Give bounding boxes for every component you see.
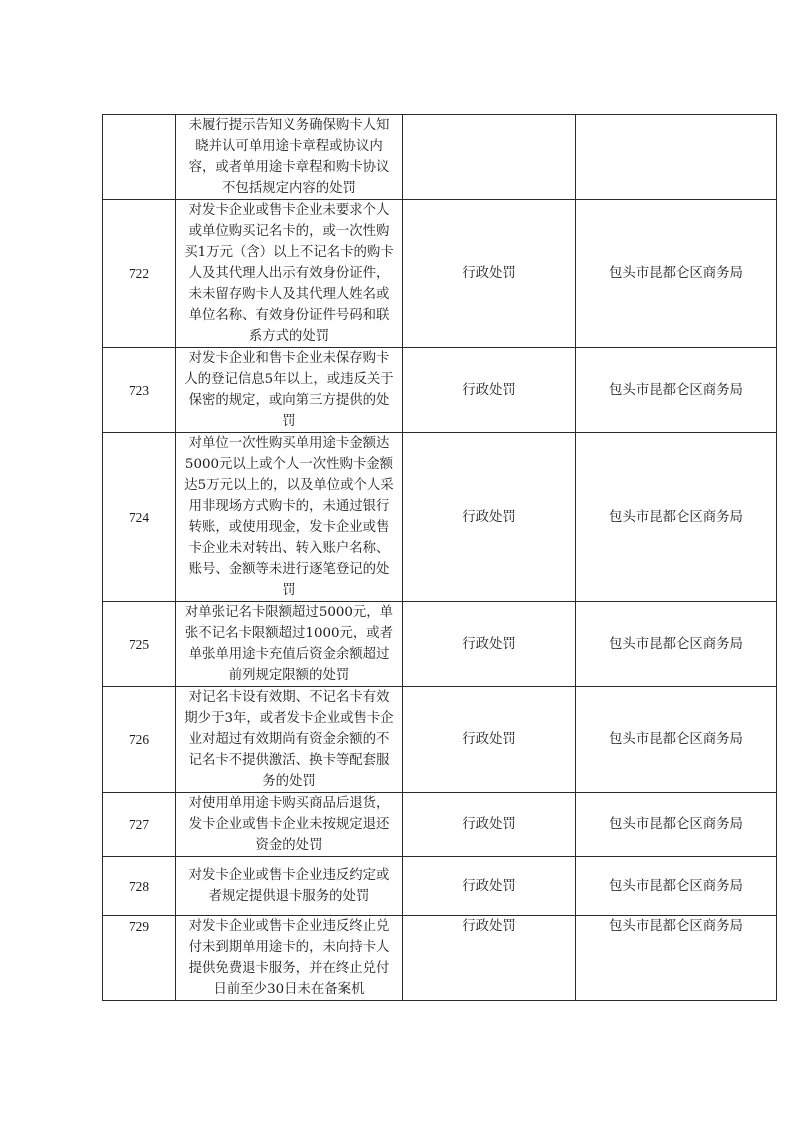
item-department: 包头市昆都仑区商务局	[576, 602, 777, 687]
item-description: 对发卡企业和售卡企业未保存购卡人的登记信息5年以上，或违反关于保密的规定，或向第…	[176, 348, 403, 433]
item-department: 包头市昆都仑区商务局	[576, 916, 777, 1001]
item-type: 行政处罚	[403, 857, 576, 916]
table-row: 未履行提示告知义务确保购卡人知晓并认可单用途卡章程或协议内容，或者单用途卡章程和…	[103, 115, 777, 200]
item-type: 行政处罚	[403, 348, 576, 433]
item-number: 726	[103, 687, 176, 793]
table-row: 723 对发卡企业和售卡企业未保存购卡人的登记信息5年以上，或违反关于保密的规定…	[103, 348, 777, 433]
item-description: 对发卡企业或售卡企业违反终止兑付未到期单用途卡的，未向持卡人提供免费退卡服务，并…	[176, 916, 403, 1001]
table-row: 725 对单张记名卡限额超过5000元，单张不记名卡限额超过1000元，或者单张…	[103, 602, 777, 687]
item-number: 724	[103, 433, 176, 602]
table-row: 729 对发卡企业或售卡企业违反终止兑付未到期单用途卡的，未向持卡人提供免费退卡…	[103, 916, 777, 1001]
item-description: 对发卡企业或售卡企业违反约定或者规定提供退卡服务的处罚	[176, 857, 403, 916]
item-department: 包头市昆都仑区商务局	[576, 433, 777, 602]
penalty-items-table: 未履行提示告知义务确保购卡人知晓并认可单用途卡章程或协议内容，或者单用途卡章程和…	[102, 114, 777, 1001]
item-department: 包头市昆都仑区商务局	[576, 348, 777, 433]
item-number: 723	[103, 348, 176, 433]
item-type: 行政处罚	[403, 602, 576, 687]
item-department: 包头市昆都仑区商务局	[576, 200, 777, 348]
item-department	[576, 115, 777, 200]
item-number: 728	[103, 857, 176, 916]
item-type: 行政处罚	[403, 687, 576, 793]
item-description: 对使用单用途卡购买商品后退货，发卡企业或售卡企业未按规定退还资金的处罚	[176, 793, 403, 857]
table-row: 724 对单位一次性购买单用途卡金额达5000元以上或个人一次性购卡金额达5万元…	[103, 433, 777, 602]
item-type: 行政处罚	[403, 200, 576, 348]
item-number	[103, 115, 176, 200]
table-row: 727 对使用单用途卡购买商品后退货，发卡企业或售卡企业未按规定退还资金的处罚 …	[103, 793, 777, 857]
item-description: 对单位一次性购买单用途卡金额达5000元以上或个人一次性购卡金额达5万元以上的，…	[176, 433, 403, 602]
item-type: 行政处罚	[403, 433, 576, 602]
item-number: 722	[103, 200, 176, 348]
table-row: 722 对发卡企业或售卡企业未要求个人或单位购买记名卡的，或一次性购买1万元（含…	[103, 200, 777, 348]
item-type	[403, 115, 576, 200]
item-number: 729	[103, 916, 176, 1001]
item-department: 包头市昆都仑区商务局	[576, 793, 777, 857]
table-row: 726 对记名卡设有效期、不记名卡有效期少于3年，或者发卡企业或售卡企业对超过有…	[103, 687, 777, 793]
item-description: 未履行提示告知义务确保购卡人知晓并认可单用途卡章程或协议内容，或者单用途卡章程和…	[176, 115, 403, 200]
item-type: 行政处罚	[403, 793, 576, 857]
item-number: 727	[103, 793, 176, 857]
item-description: 对单张记名卡限额超过5000元，单张不记名卡限额超过1000元，或者单张单用途卡…	[176, 602, 403, 687]
item-description: 对发卡企业或售卡企业未要求个人或单位购买记名卡的，或一次性购买1万元（含）以上不…	[176, 200, 403, 348]
table-row: 728 对发卡企业或售卡企业违反约定或者规定提供退卡服务的处罚 行政处罚 包头市…	[103, 857, 777, 916]
item-description: 对记名卡设有效期、不记名卡有效期少于3年，或者发卡企业或售卡企业对超过有效期尚有…	[176, 687, 403, 793]
item-department: 包头市昆都仑区商务局	[576, 857, 777, 916]
item-number: 725	[103, 602, 176, 687]
item-type: 行政处罚	[403, 916, 576, 1001]
item-department: 包头市昆都仑区商务局	[576, 687, 777, 793]
